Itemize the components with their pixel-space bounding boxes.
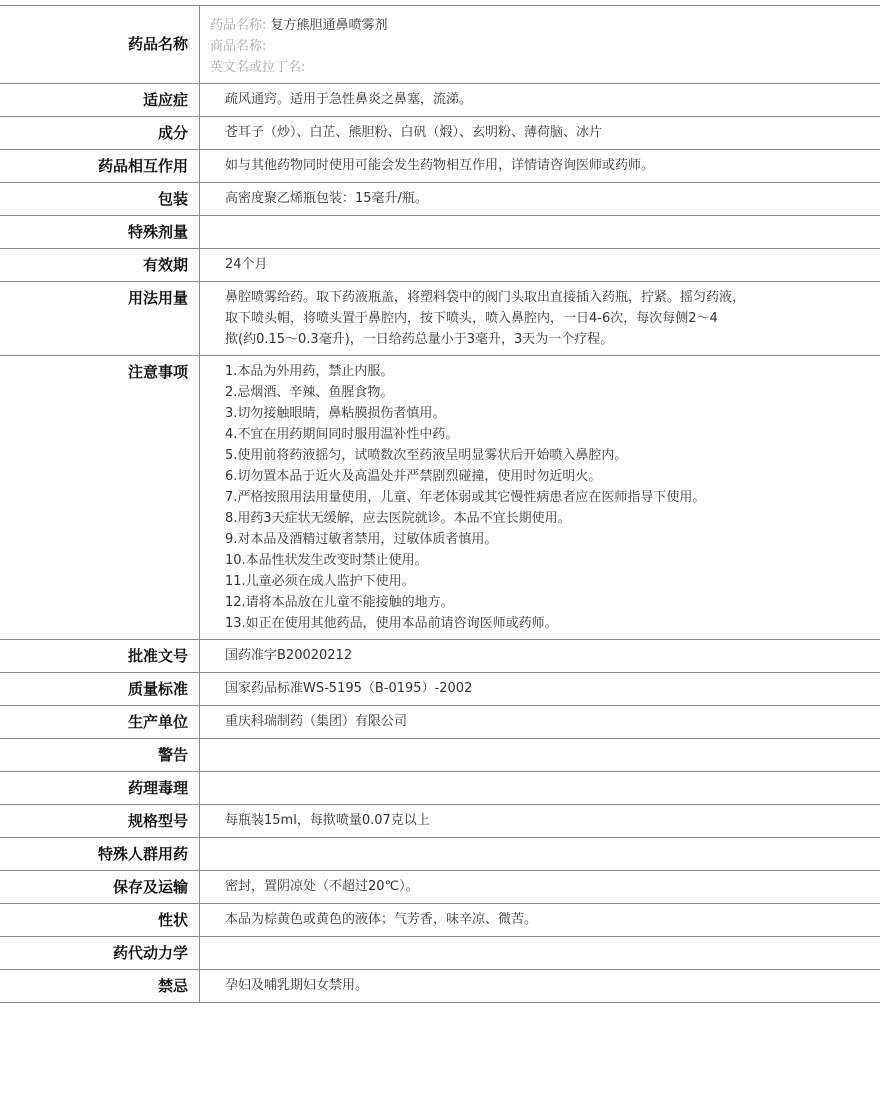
precaution-item: 1.本品为外用药，禁止内服。 [225, 361, 880, 382]
row-special-populations: 特殊人群用药 [0, 837, 880, 870]
row-label: 保存及运输 [0, 871, 200, 903]
usage-line: 鼻腔喷雾给药。取下药液瓶盖，将塑料袋中的阀门头取出直接插入药瓶，拧紧。摇匀药液， [225, 287, 880, 308]
row-label: 特殊剂量 [0, 216, 200, 248]
row-value: 密封，置阴凉处（不超过20℃）。 [200, 871, 880, 903]
row-value [200, 216, 880, 248]
row-precautions: 注意事项 1.本品为外用药，禁止内服。 2.忌烟酒、辛辣、鱼腥食物。 3.切勿接… [0, 355, 880, 639]
row-label: 性状 [0, 904, 200, 936]
row-value [200, 838, 880, 870]
row-manufacturer: 生产单位 重庆科瑞制药（集团）有限公司 [0, 705, 880, 738]
row-value [200, 772, 880, 804]
row-shelf-life: 有效期 24个月 [0, 248, 880, 281]
row-usage: 用法用量 鼻腔喷雾给药。取下药液瓶盖，将塑料袋中的阀门头取出直接插入药瓶，拧紧。… [0, 281, 880, 355]
row-label: 药品相互作用 [0, 150, 200, 182]
precaution-item: 13.如正在使用其他药品，使用本品前请咨询医师或药师。 [225, 613, 880, 634]
row-approval-number: 批准文号 国药准字B20020212 [0, 639, 880, 672]
precaution-item: 11.儿童必须在成人监护下使用。 [225, 571, 880, 592]
row-value: 每瓶装15ml，每揿喷量0.07克以上 [200, 805, 880, 837]
trade-name-label: 商品名称: [210, 36, 880, 57]
precaution-item: 2.忌烟酒、辛辣、鱼腥食物。 [225, 382, 880, 403]
precaution-item: 9.对本品及酒精过敏者禁用，过敏体质者慎用。 [225, 529, 880, 550]
precaution-item: 10.本品性状发生改变时禁止使用。 [225, 550, 880, 571]
generic-name-line: 药品名称: 复方熊胆通鼻喷雾剂 [210, 15, 880, 36]
generic-name-value: 复方熊胆通鼻喷雾剂 [271, 18, 388, 33]
precaution-item: 3.切勿接触眼睛，鼻粘膜损伤者慎用。 [225, 403, 880, 424]
row-warning: 警告 [0, 738, 880, 771]
row-label: 生产单位 [0, 706, 200, 738]
row-value [200, 739, 880, 771]
row-label: 有效期 [0, 249, 200, 281]
row-storage-transport: 保存及运输 密封，置阴凉处（不超过20℃）。 [0, 870, 880, 903]
row-interactions: 药品相互作用 如与其他药物同时使用可能会发生药物相互作用，详情请咨询医师或药师。 [0, 149, 880, 182]
row-contraindications: 禁忌 孕妇及哺乳期妇女禁用。 [0, 969, 880, 1003]
usage-line: 揿(约0.15～0.3毫升)，一日给药总量小于3毫升，3天为一个疗程。 [225, 329, 880, 350]
row-value: 如与其他药物同时使用可能会发生药物相互作用，详情请咨询医师或药师。 [200, 150, 880, 182]
row-indications: 适应症 疏风通窍。适用于急性鼻炎之鼻塞，流涕。 [0, 83, 880, 116]
row-value: 国药准字B20020212 [200, 640, 880, 672]
precaution-item: 5.使用前将药液摇匀，试喷数次至药液呈明显雾状后开始喷入鼻腔内。 [225, 445, 880, 466]
row-value: 药品名称: 复方熊胆通鼻喷雾剂 商品名称: 英文名或拉丁名: [200, 6, 880, 83]
row-value [200, 937, 880, 969]
row-drug-name: 药品名称 药品名称: 复方熊胆通鼻喷雾剂 商品名称: 英文名或拉丁名: [0, 5, 880, 83]
row-value: 本品为棕黄色或黄色的液体；气芳香，味辛凉、微苦。 [200, 904, 880, 936]
row-value: 孕妇及哺乳期妇女禁用。 [200, 970, 880, 1002]
row-label: 特殊人群用药 [0, 838, 200, 870]
row-label: 禁忌 [0, 970, 200, 1002]
precaution-item: 7.严格按照用法用量使用，儿童、年老体弱或其它慢性病患者应在医师指导下使用。 [225, 487, 880, 508]
row-value: 国家药品标准WS-5195（B-0195）-2002 [200, 673, 880, 705]
row-pharmacology-toxicology: 药理毒理 [0, 771, 880, 804]
row-label: 药品名称 [0, 6, 200, 83]
row-label: 批准文号 [0, 640, 200, 672]
row-label: 成分 [0, 117, 200, 149]
row-value: 苍耳子（炒）、白芷、熊胆粉、白矾（煅）、玄明粉、薄荷脑、冰片 [200, 117, 880, 149]
precaution-item: 12.请将本品放在儿童不能接触的地方。 [225, 592, 880, 613]
row-value: 重庆科瑞制药（集团）有限公司 [200, 706, 880, 738]
row-description: 性状 本品为棕黄色或黄色的液体；气芳香，味辛凉、微苦。 [0, 903, 880, 936]
row-value: 24个月 [200, 249, 880, 281]
row-label: 质量标准 [0, 673, 200, 705]
row-label: 包装 [0, 183, 200, 215]
precaution-item: 6.切勿置本品于近火及高温处并严禁剧烈碰撞，使用时勿近明火。 [225, 466, 880, 487]
usage-line: 取下喷头帽，将喷头置于鼻腔内，按下喷头，喷入鼻腔内，一日4-6次，每次每侧2～4 [225, 308, 880, 329]
row-label: 适应症 [0, 84, 200, 116]
row-label: 药代动力学 [0, 937, 200, 969]
drug-spec-table: 药品名称 药品名称: 复方熊胆通鼻喷雾剂 商品名称: 英文名或拉丁名: 适应症 … [0, 5, 880, 1003]
precaution-item: 4.不宜在用药期间同时服用温补性中药。 [225, 424, 880, 445]
row-value: 疏风通窍。适用于急性鼻炎之鼻塞，流涕。 [200, 84, 880, 116]
row-label: 用法用量 [0, 282, 200, 355]
row-label: 注意事项 [0, 356, 200, 639]
row-label: 药理毒理 [0, 772, 200, 804]
row-pharmacokinetics: 药代动力学 [0, 936, 880, 969]
row-value: 鼻腔喷雾给药。取下药液瓶盖，将塑料袋中的阀门头取出直接插入药瓶，拧紧。摇匀药液，… [200, 282, 880, 355]
row-special-dosage: 特殊剂量 [0, 215, 880, 248]
row-value: 高密度聚乙烯瓶包装：15毫升/瓶。 [200, 183, 880, 215]
row-ingredients: 成分 苍耳子（炒）、白芷、熊胆粉、白矾（煅）、玄明粉、薄荷脑、冰片 [0, 116, 880, 149]
row-label: 规格型号 [0, 805, 200, 837]
row-value: 1.本品为外用药，禁止内服。 2.忌烟酒、辛辣、鱼腥食物。 3.切勿接触眼睛，鼻… [200, 356, 880, 639]
latin-name-label: 英文名或拉丁名: [210, 57, 880, 78]
row-specification: 规格型号 每瓶装15ml，每揿喷量0.07克以上 [0, 804, 880, 837]
row-label: 警告 [0, 739, 200, 771]
row-quality-standard: 质量标准 国家药品标准WS-5195（B-0195）-2002 [0, 672, 880, 705]
precaution-item: 8.用药3天症状无缓解，应去医院就诊。本品不宜长期使用。 [225, 508, 880, 529]
row-packaging: 包装 高密度聚乙烯瓶包装：15毫升/瓶。 [0, 182, 880, 215]
generic-name-label: 药品名称: [210, 18, 266, 33]
